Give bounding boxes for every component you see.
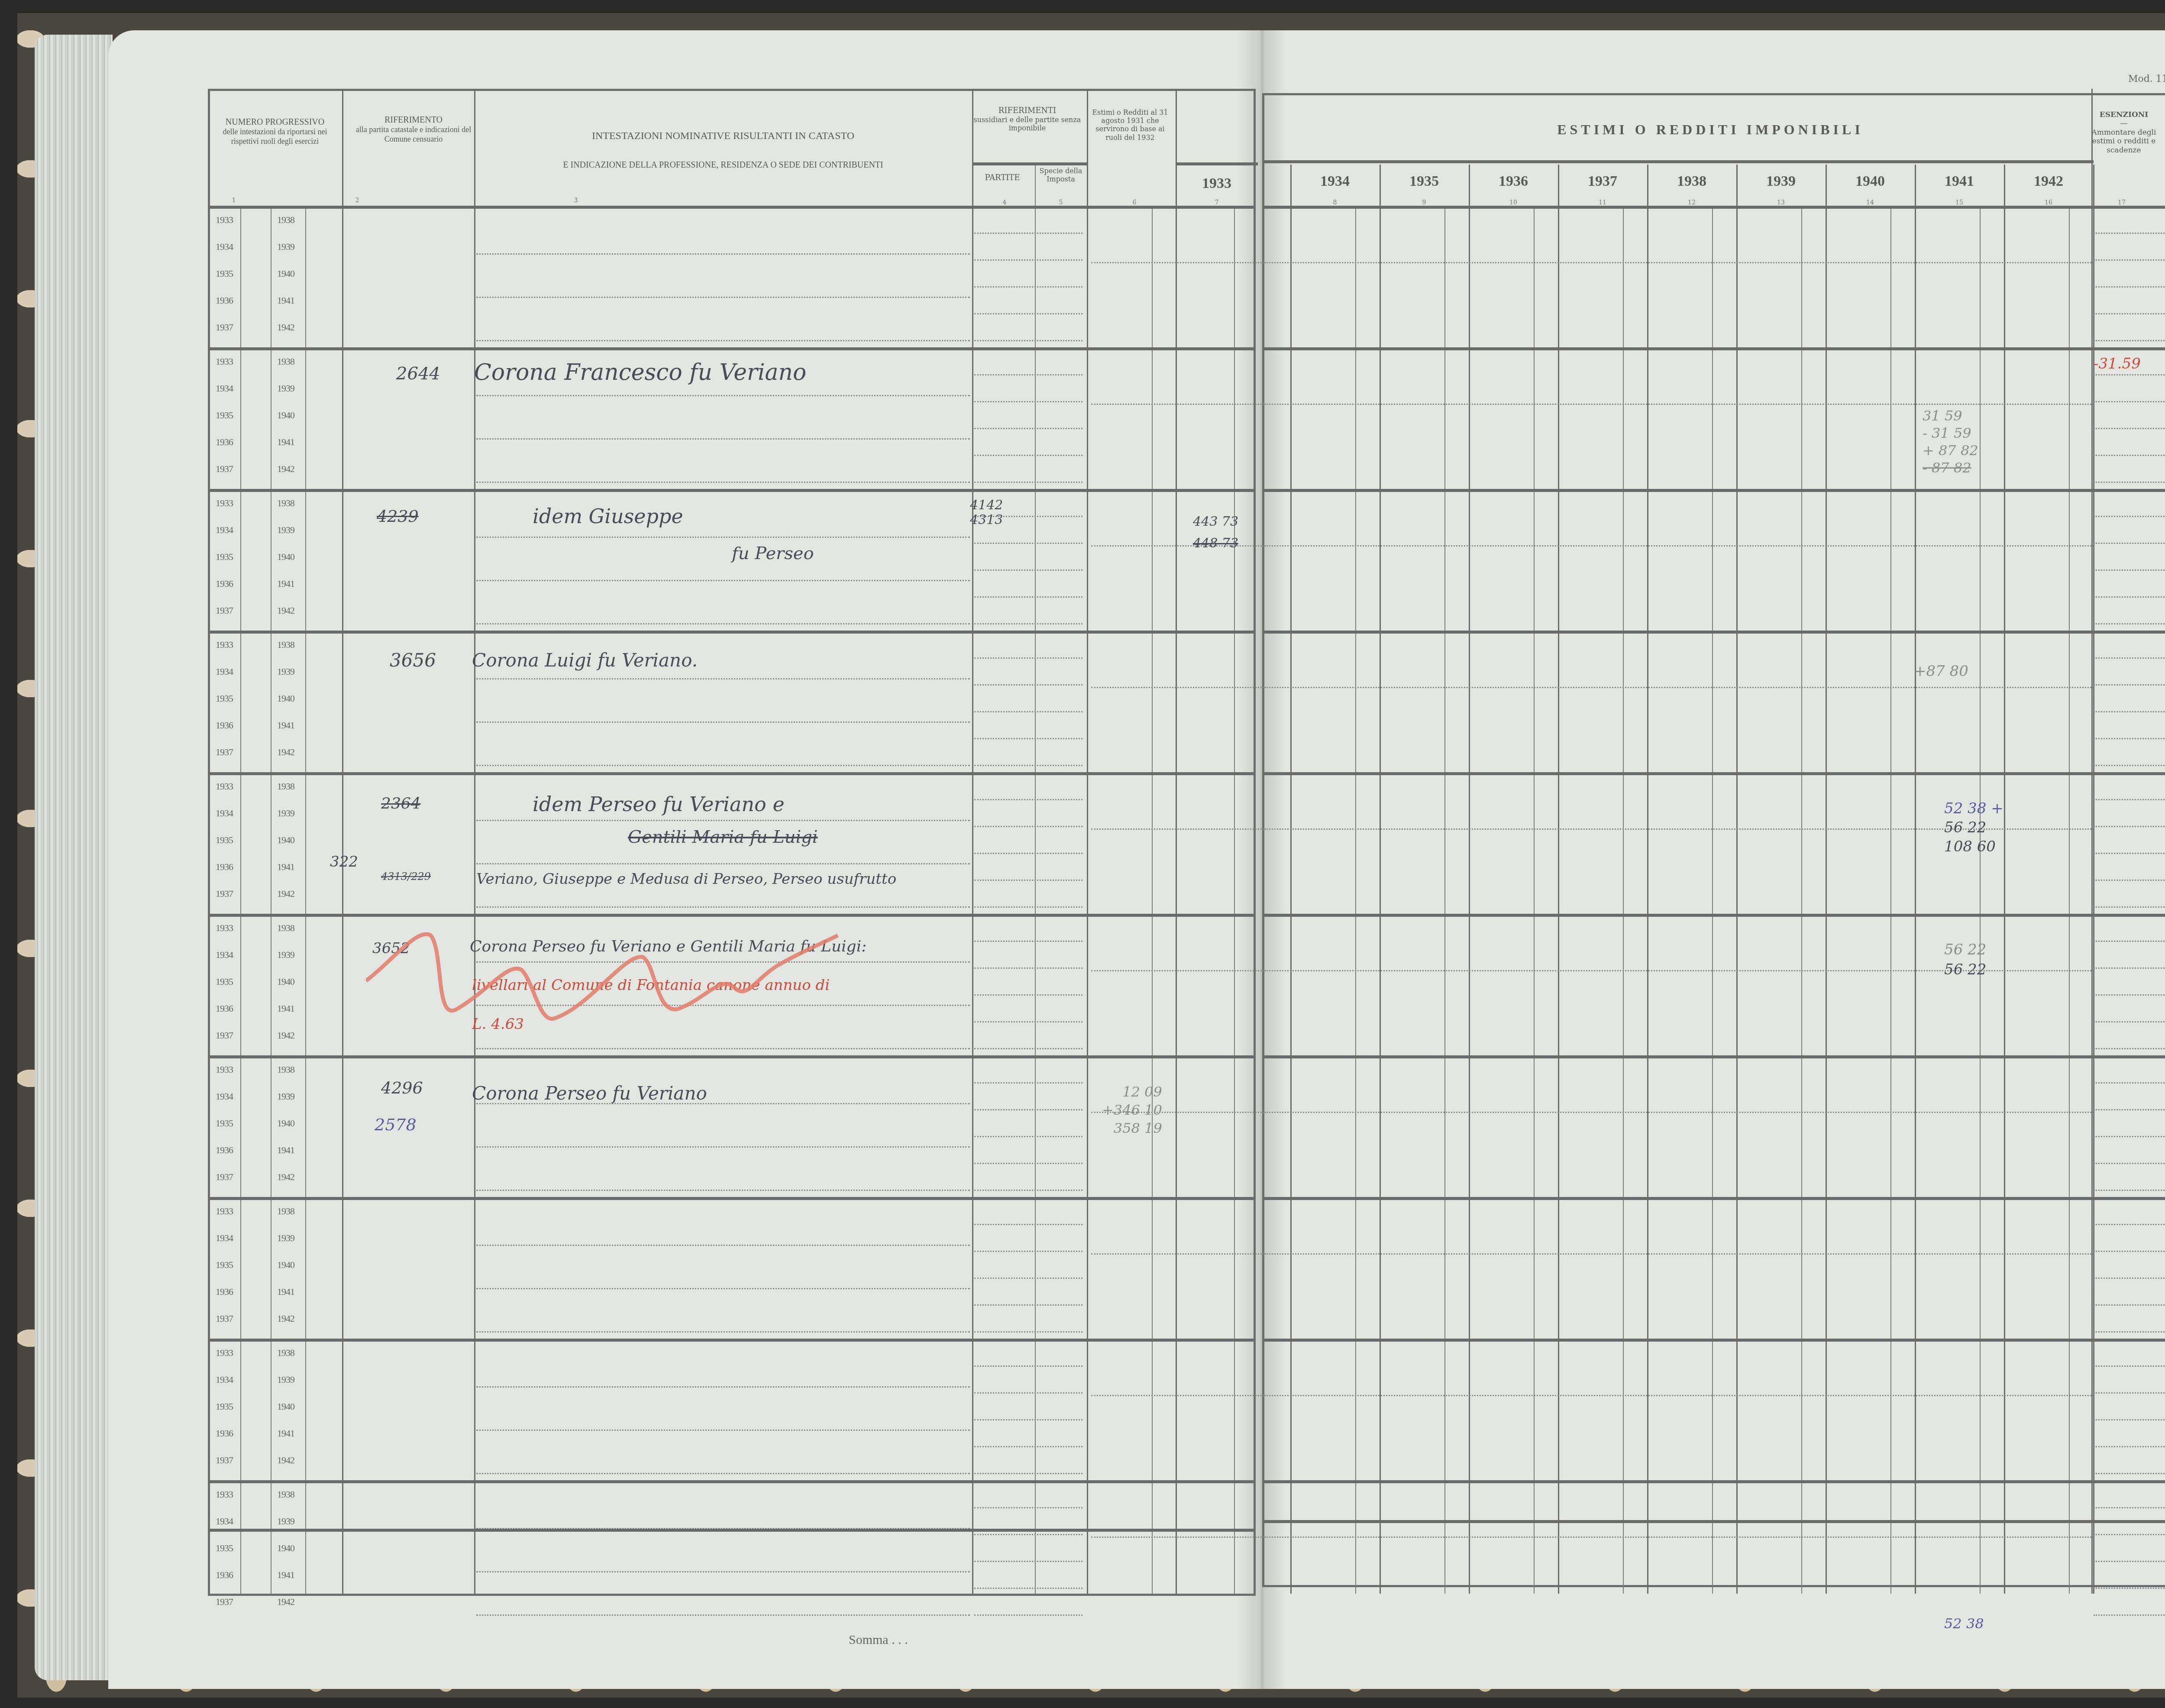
header-col1-sub: delle intestazioni da riportarsi nei ris… xyxy=(210,127,340,146)
sub-entry-line xyxy=(974,657,1082,659)
name-line xyxy=(476,765,970,766)
sub-entry-line xyxy=(974,1109,1082,1110)
sub-entry-line xyxy=(2094,1392,2165,1394)
entry-7-col6-v1: 12 09 xyxy=(1102,1083,1162,1101)
column-divider xyxy=(972,89,973,1594)
year-right: 1942 xyxy=(277,888,294,899)
sub-entry-line xyxy=(2094,1278,2165,1279)
col-num-13: 13 xyxy=(1772,199,1790,206)
col-num-9: 9 xyxy=(1415,199,1433,206)
sub-entry-line xyxy=(974,1048,1082,1049)
year-left: 1937 xyxy=(216,605,233,616)
value-line xyxy=(1091,262,1264,263)
year-left: 1937 xyxy=(216,1030,233,1041)
year-left: 1933 xyxy=(216,356,233,367)
year-right: 1941 xyxy=(277,1569,294,1581)
sub-entry-line xyxy=(2094,799,2165,800)
sub-entry-line xyxy=(974,286,1082,288)
entry-5-num-prog: 322 xyxy=(330,853,358,870)
sub-entry-line xyxy=(2094,233,2165,234)
sub-entry-line xyxy=(974,1190,1082,1191)
entry-2-exemption: -31.59 xyxy=(2094,355,2141,372)
cents-divider xyxy=(2069,206,2070,1594)
sub-entry-line xyxy=(2094,1331,2165,1333)
sub-entry-line xyxy=(2094,657,2165,659)
year-left: 1934 xyxy=(216,1374,233,1385)
year-column-divider xyxy=(2093,165,2094,1594)
sub-entry-line xyxy=(974,799,1082,800)
year-left: 1935 xyxy=(216,835,233,846)
name-line xyxy=(476,906,970,908)
year-right: 1939 xyxy=(277,1516,294,1527)
col-num-10: 10 xyxy=(1505,199,1522,206)
year-left: 1937 xyxy=(216,747,233,758)
sub-entry-line xyxy=(974,569,1082,571)
year-left: 1934 xyxy=(216,1091,233,1102)
year-left: 1933 xyxy=(216,214,233,226)
sub-entry-line xyxy=(974,543,1082,544)
entry-7-partita: 4296 xyxy=(381,1078,423,1097)
entry-5-line3: Veriano, Giuseppe e Medusa di Perseo, Pe… xyxy=(476,870,896,888)
sub-entry-line xyxy=(974,1392,1082,1394)
year-left: 1936 xyxy=(216,861,233,873)
somma-label: Somma . . . xyxy=(849,1633,908,1647)
riferimenti-divider xyxy=(972,162,1087,165)
year-right: 1942 xyxy=(277,1455,294,1466)
header-col2-sub: alla partita catastale e indicazioni del… xyxy=(353,125,474,144)
sub-column-divider xyxy=(271,206,271,1594)
entry-5-name: idem Perseo fu Veriano e xyxy=(533,793,785,816)
cents-divider xyxy=(1712,206,1713,1594)
entry-divider-right xyxy=(1264,1480,2165,1483)
name-line xyxy=(476,482,970,483)
sub-entry-line xyxy=(2094,1224,2165,1225)
year-right: 1940 xyxy=(277,1259,294,1271)
sub-entry-line xyxy=(2094,516,2165,517)
col7-divider xyxy=(1176,162,1258,165)
sub-entry-line xyxy=(974,1163,1082,1164)
sub-entry-line xyxy=(2094,1190,2165,1191)
col-num-3: 3 xyxy=(567,197,585,204)
sub-entry-line xyxy=(974,853,1082,854)
entry-divider-right xyxy=(1264,489,2165,492)
entry-divider-right xyxy=(1264,772,2165,775)
sub-entry-line xyxy=(974,1419,1082,1420)
year-left: 1937 xyxy=(216,322,233,333)
col-num-6: 6 xyxy=(1126,199,1143,206)
cents-divider xyxy=(1801,206,1802,1594)
value-line xyxy=(1264,404,2094,405)
sub-entry-line xyxy=(974,313,1082,314)
sub-entry-line xyxy=(2094,738,2165,739)
year-left: 1937 xyxy=(216,888,233,899)
year-column-divider xyxy=(1380,165,1381,1594)
year-right: 1940 xyxy=(277,551,294,563)
sub-entry-line xyxy=(974,765,1082,766)
sub-entry-line xyxy=(2094,374,2165,375)
year-right: 1940 xyxy=(277,410,294,421)
year-right: 1939 xyxy=(277,1091,294,1102)
sub-entry-line xyxy=(2094,1534,2165,1535)
year-left: 1934 xyxy=(216,808,233,819)
year-left: 1935 xyxy=(216,693,233,704)
year-column-divider xyxy=(1915,165,1916,1594)
entry-7-name: Corona Perseo fu Veriano xyxy=(472,1083,707,1104)
header-riferimenti: RIFERIMENTI sussidiari e delle partite s… xyxy=(972,106,1082,132)
sub-entry-line xyxy=(974,711,1082,712)
sub-entry-line xyxy=(2094,941,2165,942)
name-line xyxy=(476,395,970,396)
sub-entry-line xyxy=(2094,1561,2165,1562)
year-right: 1939 xyxy=(277,1374,294,1385)
header-col6: Estimi o Redditi al 31 agosto 1931 che s… xyxy=(1087,108,1173,142)
entry-2-partita: 2644 xyxy=(396,364,440,384)
column-divider xyxy=(474,89,475,1594)
year-left: 1936 xyxy=(216,578,233,589)
sub-entry-line xyxy=(2094,1082,2165,1084)
year-left: 1935 xyxy=(216,1401,233,1412)
header-bottom-right xyxy=(1264,206,2165,209)
sub-entry-line xyxy=(2094,455,2165,456)
entry-divider-right xyxy=(1264,1339,2165,1342)
sub-entry-line xyxy=(2094,1614,2165,1616)
year-left: 1935 xyxy=(216,1259,233,1271)
entry-7-partita-alt: 2578 xyxy=(375,1115,417,1134)
year-right: 1938 xyxy=(277,356,294,367)
name-line xyxy=(476,1288,970,1289)
year-right: 1939 xyxy=(277,1232,294,1244)
sub-entry-line xyxy=(974,1446,1082,1447)
year-column-divider xyxy=(1826,165,1827,1594)
sub-entry-line xyxy=(2094,1507,2165,1508)
year-right: 1941 xyxy=(277,861,294,873)
cents-divider xyxy=(1355,206,1356,1594)
cancellation-wavy-line xyxy=(366,927,1015,1031)
year-right: 1940 xyxy=(277,1543,294,1554)
sub-entry-line xyxy=(2094,1304,2165,1306)
year-left: 1936 xyxy=(216,1145,233,1156)
year-left: 1936 xyxy=(216,437,233,448)
header-col2: RIFERIMENTO alla partita catastale e ind… xyxy=(353,115,474,144)
year-left: 1933 xyxy=(216,781,233,792)
name-line xyxy=(476,1048,970,1049)
name-line xyxy=(476,623,970,624)
sub-entry-line xyxy=(974,1614,1082,1616)
entry-divider-left xyxy=(210,914,1254,917)
sub-column-divider xyxy=(1035,165,1036,1594)
sub-entry-line xyxy=(2094,543,2165,544)
year-left: 1936 xyxy=(216,1286,233,1297)
col-num-12: 12 xyxy=(1683,199,1700,206)
year-right: 1939 xyxy=(277,241,294,252)
page-stack-left xyxy=(35,35,113,1680)
year-right: 1940 xyxy=(277,1401,294,1412)
entry-2-1941-v2: - 31 59 xyxy=(1923,424,1978,442)
year-right: 1941 xyxy=(277,1428,294,1439)
sub-column-divider xyxy=(1152,206,1153,1594)
year-right: 1941 xyxy=(277,437,294,448)
name-line xyxy=(476,1146,970,1148)
somma-divider-left xyxy=(210,1529,1254,1532)
year-left: 1933 xyxy=(216,1206,233,1217)
name-line xyxy=(476,863,970,864)
col-num-17: 17 xyxy=(2113,199,2130,206)
sub-entry-line xyxy=(2094,1163,2165,1164)
entry-divider-left xyxy=(210,1480,1254,1483)
col-num-5: 5 xyxy=(1052,199,1070,206)
year-left: 1936 xyxy=(216,295,233,306)
year-right: 1940 xyxy=(277,693,294,704)
year-right: 1941 xyxy=(277,1145,294,1156)
year-left: 1933 xyxy=(216,1347,233,1359)
year-left: 1933 xyxy=(216,922,233,934)
value-line xyxy=(1264,1537,2094,1538)
sub-entry-line xyxy=(2094,880,2165,881)
sub-entry-line xyxy=(2094,259,2165,261)
year-right: 1938 xyxy=(277,1347,294,1359)
name-line xyxy=(476,721,970,723)
year-right: 1938 xyxy=(277,1206,294,1217)
entry-5-1941-v2: 56 22 xyxy=(1944,818,2003,837)
name-line xyxy=(476,678,970,679)
value-line xyxy=(1264,1395,2094,1396)
sub-entry-line xyxy=(2094,313,2165,314)
year-right: 1940 xyxy=(277,835,294,846)
header-col17-title: ESENZIONI xyxy=(2089,110,2159,119)
sub-entry-line xyxy=(2094,1136,2165,1137)
year-left: 1934 xyxy=(216,241,233,252)
entry-3-partita: 4239 xyxy=(377,507,419,526)
sub-entry-line xyxy=(2094,340,2165,341)
sub-entry-line xyxy=(974,1278,1082,1279)
sub-entry-line xyxy=(2094,711,2165,712)
cents-divider xyxy=(1980,206,1981,1594)
entry-3-1933-v1: 443 73 xyxy=(1193,511,1238,533)
entry-6-1941-v1: 56 22 xyxy=(1944,940,1986,960)
sub-entry-line xyxy=(974,738,1082,739)
sub-entry-line xyxy=(974,482,1082,483)
col-num-7: 7 xyxy=(1208,199,1225,206)
entry-7-col6-v2: +346 10 xyxy=(1102,1101,1162,1119)
entry-5-1941-v1: 52 38 + xyxy=(1944,799,2003,818)
year-left: 1933 xyxy=(216,639,233,650)
entry-2-1941-values: 31 59 - 31 59 + 87 82 - 87 82 xyxy=(1923,407,1978,476)
year-left: 1937 xyxy=(216,1171,233,1183)
name-line xyxy=(476,537,970,538)
sub-entry-line xyxy=(2094,1021,2165,1022)
column-divider xyxy=(1087,89,1088,1594)
year-left: 1936 xyxy=(216,720,233,731)
year-right: 1940 xyxy=(277,976,294,987)
year-left: 1937 xyxy=(216,1455,233,1466)
year-left: 1933 xyxy=(216,1064,233,1075)
sub-entry-line xyxy=(974,1561,1082,1562)
sub-entry-line xyxy=(974,1534,1082,1535)
sub-entry-line xyxy=(2094,1419,2165,1420)
header-col5: Specie della Imposta xyxy=(1037,167,1085,183)
year-left: 1934 xyxy=(216,524,233,536)
sub-entry-line xyxy=(974,401,1082,402)
sub-entry-line xyxy=(2094,765,2165,766)
value-line xyxy=(1091,1253,1264,1255)
sub-entry-line xyxy=(974,340,1082,341)
year-right: 1942 xyxy=(277,463,294,475)
value-line xyxy=(1264,262,2094,263)
year-right: 1942 xyxy=(277,747,294,758)
sub-entry-line xyxy=(974,596,1082,598)
year-right: 1938 xyxy=(277,1489,294,1500)
year-column-divider xyxy=(1558,165,1559,1594)
sub-entry-line xyxy=(974,1224,1082,1225)
value-line xyxy=(1091,687,1264,688)
sub-column-divider xyxy=(305,206,306,1594)
year-right: 1939 xyxy=(277,949,294,961)
year-left: 1937 xyxy=(216,463,233,475)
entry-7-col6-total: 358 19 xyxy=(1102,1119,1162,1137)
entry-3-ref-2: 4313 xyxy=(970,513,1003,527)
entry-3-ref-1: 4142 xyxy=(970,498,1003,513)
year-right: 1938 xyxy=(277,639,294,650)
value-line xyxy=(1091,404,1264,405)
value-line xyxy=(1091,828,1264,830)
header-col3-sub: E INDICAZIONE DELLA PROFESSIONE, RESIDEN… xyxy=(476,160,970,170)
col-num-15: 15 xyxy=(1951,199,1968,206)
year-left: 1935 xyxy=(216,976,233,987)
entry-2-name: Corona Francesco fu Veriano xyxy=(474,359,806,385)
year-left: 1935 xyxy=(216,410,233,421)
column-divider xyxy=(1176,89,1177,1594)
header-year-1935: 1935 xyxy=(1380,173,1469,190)
cents-divider xyxy=(1534,206,1535,1594)
sub-entry-line xyxy=(974,1251,1082,1252)
sub-entry-line xyxy=(2094,994,2165,996)
year-left: 1935 xyxy=(216,1543,233,1554)
sub-column-divider xyxy=(240,206,241,1594)
entry-5-partita: 2364 xyxy=(381,795,421,812)
entry-divider-right xyxy=(1264,347,2165,350)
header-col3: INTESTAZIONI NOMINATIVE RISULTANTI IN CA… xyxy=(476,130,970,170)
sub-entry-line xyxy=(2094,967,2165,969)
sub-entry-line xyxy=(974,684,1082,686)
sub-entry-line xyxy=(974,259,1082,261)
entry-7-col6-values: 12 09 +346 10 358 19 xyxy=(1102,1083,1162,1137)
header-year-1941: 1941 xyxy=(1915,173,2004,190)
year-right: 1938 xyxy=(277,498,294,509)
header-col1-title: NUMERO PROGRESSIVO xyxy=(210,117,340,127)
name-line xyxy=(476,1386,970,1388)
year-left: 1937 xyxy=(216,1596,233,1608)
entry-divider-left xyxy=(210,347,1254,350)
sub-entry-line xyxy=(974,1331,1082,1333)
sub-entry-line xyxy=(2094,1048,2165,1049)
entry-2-1941-v3: + 87 82 xyxy=(1923,442,1978,459)
name-line xyxy=(476,1571,970,1572)
col-num-16: 16 xyxy=(2040,199,2057,206)
header-bottom-left xyxy=(210,206,1254,209)
header-col17: ESENZIONI — Ammontare degli estimi o red… xyxy=(2089,110,2159,155)
year-right: 1942 xyxy=(277,1030,294,1041)
value-line xyxy=(1264,1253,2094,1255)
name-line xyxy=(476,438,970,440)
sub-entry-line xyxy=(2094,482,2165,483)
header-estimi-title: ESTIMI O REDDITI IMPONIBILI xyxy=(1321,121,2100,138)
sub-entry-line xyxy=(2094,401,2165,402)
entry-5-1941-total: 108 60 xyxy=(1944,837,2003,856)
sub-entry-line xyxy=(2094,286,2165,288)
name-line xyxy=(476,1190,970,1191)
header-col17-dash: — xyxy=(2089,119,2159,128)
year-right: 1938 xyxy=(277,1064,294,1075)
entry-divider-left xyxy=(210,631,1254,634)
value-line xyxy=(1091,1537,1264,1538)
sub-entry-line xyxy=(2094,1473,2165,1474)
entry-2-1941-v4: - 87 82 xyxy=(1923,459,1978,476)
col-num-11: 11 xyxy=(1594,199,1611,206)
year-right: 1942 xyxy=(277,605,294,616)
sub-entry-line xyxy=(2094,596,2165,598)
entry-2-1941-v1: 31 59 xyxy=(1923,407,1978,424)
sub-entry-line xyxy=(2094,1446,2165,1447)
name-line xyxy=(476,1614,970,1616)
sub-entry-line xyxy=(2094,1365,2165,1367)
entry-divider-right xyxy=(1264,914,2165,917)
entry-divider-right xyxy=(1264,1197,2165,1200)
year-column-divider xyxy=(1290,165,1292,1594)
name-line xyxy=(476,253,970,255)
col-num-14: 14 xyxy=(1861,199,1879,206)
entry-5-line2: Gentili Maria fu Luigi xyxy=(628,827,818,847)
year-right: 1938 xyxy=(277,781,294,792)
somma-1941-value: 52 38 xyxy=(1944,1615,1984,1632)
year-left: 1934 xyxy=(216,1232,233,1244)
year-right: 1940 xyxy=(277,1118,294,1129)
entry-4-partita: 3656 xyxy=(390,650,436,671)
year-left: 1936 xyxy=(216,1569,233,1581)
year-right: 1941 xyxy=(277,1003,294,1014)
entry-divider-right xyxy=(1264,1055,2165,1058)
year-right: 1941 xyxy=(277,1286,294,1297)
year-right: 1938 xyxy=(277,214,294,226)
cents-divider xyxy=(1623,206,1624,1594)
year-left: 1935 xyxy=(216,268,233,279)
sub-entry-line xyxy=(974,1365,1082,1367)
sub-entry-line xyxy=(2094,1588,2165,1589)
value-line xyxy=(1091,970,1264,971)
sub-entry-line xyxy=(974,455,1082,456)
name-line xyxy=(476,340,970,341)
entry-6-1941-v2: 56 22 xyxy=(1944,960,1986,980)
value-line xyxy=(1091,1395,1264,1396)
year-column-divider xyxy=(1736,165,1738,1594)
header-col2-title: RIFERIMENTO xyxy=(353,115,474,125)
entry-5-1941-values: 52 38 + 56 22 108 60 xyxy=(1944,799,2003,856)
entry-4-name: Corona Luigi fu Veriano. xyxy=(472,650,698,671)
header-col7-year: 1933 xyxy=(1178,175,1256,192)
year-left: 1933 xyxy=(216,1489,233,1500)
somma-divider-right xyxy=(1264,1520,2165,1523)
sub-column-divider xyxy=(1234,206,1235,1594)
year-right: 1942 xyxy=(277,1596,294,1608)
sub-entry-line xyxy=(974,374,1082,375)
value-line xyxy=(1091,545,1264,547)
sub-entry-line xyxy=(974,826,1082,827)
year-left: 1937 xyxy=(216,1313,233,1324)
entry-3-1933-v2: 448 73 xyxy=(1193,533,1238,554)
sub-entry-line xyxy=(974,1136,1082,1137)
sub-entry-line xyxy=(2094,684,2165,686)
entry-divider-right xyxy=(1264,631,2165,634)
year-left: 1933 xyxy=(216,498,233,509)
